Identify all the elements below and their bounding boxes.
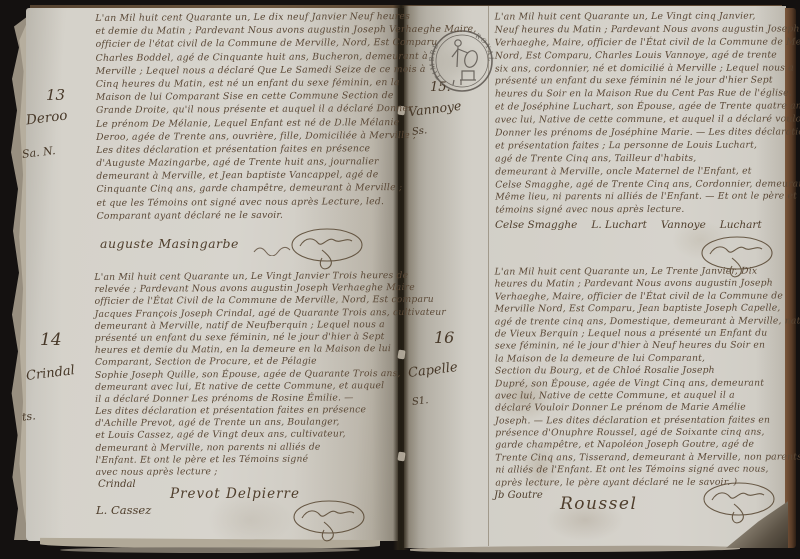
margin-entry-number-15: 15. xyxy=(430,80,451,95)
signature-roussel: Roussel xyxy=(560,494,637,514)
handwriting-line: Nord, Est Comparu, Charles Louis Vannoye… xyxy=(495,49,787,63)
signature-celse-smagghe: Celse Smagghe xyxy=(495,219,577,231)
handwriting-line: Section du Bourg, et de Chloé Rosalie Jo… xyxy=(495,365,787,378)
small-signature-scrawl xyxy=(252,244,292,256)
handwriting-line: agé de trente cinq ans, Domestique, deme… xyxy=(495,315,787,328)
margin-mark-14: ts. xyxy=(21,409,36,424)
stamp-figure-icon xyxy=(452,40,479,85)
handwriting-line: témoins signé avec nous après lecture. xyxy=(495,204,787,218)
signature-auguste-masingarbe: auguste Masingarbe xyxy=(100,236,239,251)
handwriting-line: Même lieu, ni parents ni alliés de l'Enf… xyxy=(495,191,787,205)
photo-background: TIMBRE ROYAL 13 Deroo Sa. N. 14 Crindal … xyxy=(0,0,800,559)
handwriting-line: Donner les prénoms de Joséphine Marie. —… xyxy=(495,127,787,141)
handwriting-line: et que les Témoins ont signé avec nous a… xyxy=(96,195,396,210)
handwriting-line: agé de Trente Cinq ans, Tailleur d'habit… xyxy=(495,152,787,166)
handwriting-line: Comparant ayant déclaré ne le savoir. xyxy=(97,208,397,223)
handwriting-line: déclaré Vouloir Donner Le prénom de Mari… xyxy=(495,402,787,415)
handwriting-line: de Vieux Berquin ; Lequel nous a présent… xyxy=(495,327,787,340)
handwriting-line: officier de l'état civil de la Commune d… xyxy=(96,36,396,51)
signature-row-entry-15: Celse Smagghe L. Luchart Vannoye Luchart xyxy=(495,219,762,231)
register-entry-16: L'an Mil huit cent Quarante un, Le Trent… xyxy=(495,265,788,489)
handwriting-line: Cinquante Cinq ans, garde champêtre, dem… xyxy=(96,182,396,197)
handwriting-line: sexe féminin, né le jour d'hier à Neuf h… xyxy=(495,340,787,353)
register-entry-13: L'an Mil huit cent Quarante un, Le dix n… xyxy=(95,10,396,223)
margin-mark-16: S1. xyxy=(411,395,429,408)
handwriting-line: Neuf heures du Matin ; Pardevant Nous av… xyxy=(495,23,787,37)
handwriting-line: heures et demie du Matin, en la demeure … xyxy=(95,343,395,357)
handwriting-line: avec lui, Native de cette commune, et au… xyxy=(495,114,787,128)
margin-entry-number-13: 13 xyxy=(46,86,65,104)
handwriting-line: Grande Droite, qu'il nous présente et au… xyxy=(96,102,396,117)
handwriting-line: avec nous après lecture ; xyxy=(96,465,396,479)
handwriting-line: Celse Smagghe, agé de Trente Cinq ans, C… xyxy=(495,178,787,192)
officer-paraph-flourish xyxy=(290,496,368,544)
handwriting-line: six ans, cordonnier, né et domicilié à M… xyxy=(495,62,787,76)
signature-prevot-delpierre: Prevot Delpierre xyxy=(170,486,300,502)
signature-vannoye: Vannoye xyxy=(661,219,706,231)
handwriting-line: Joseph. — Les dites déclaration et prése… xyxy=(495,414,787,427)
handwriting-line: présence d'Onuphre Roussel, agé de Soixa… xyxy=(495,427,787,440)
handwriting-line: L'an Mil huit cent Quarante un, Le Vingt… xyxy=(495,10,787,24)
handwriting-line: garde champêtre, et Napoléon Joseph Gout… xyxy=(495,439,787,452)
binding-stitch xyxy=(397,350,405,360)
handwriting-line: Dupré, son Épouse, agée de Vingt Cinq an… xyxy=(495,377,787,390)
signature-jb-goutre: Jb Goutre xyxy=(494,490,543,501)
signature-l-luchart: L. Luchart xyxy=(591,219,647,231)
handwriting-line: Verhaeghe, Maire, officier de l'État civ… xyxy=(495,36,787,50)
signature-l-cassez: L. Cassez xyxy=(96,503,151,517)
handwriting-line: demeurant à Merville, oncle Maternel de … xyxy=(495,165,787,179)
handwriting-line: présenté un enfant du sexe féminin né le… xyxy=(495,75,787,89)
handwriting-line: Les dites déclaration et présentation fa… xyxy=(95,404,395,418)
handwriting-line: Trente Cinq ans, Tisserand, demeurant à … xyxy=(495,451,787,464)
register-entry-14: L'an Mil huit cent Quarante un, Le Vingt… xyxy=(94,270,395,479)
handwriting-line: L'an Mil huit cent Quarante un, Le Trent… xyxy=(495,265,787,278)
margin-entry-number-14: 14 xyxy=(40,330,62,350)
bottom-page-edges-left-2 xyxy=(60,547,360,553)
handwriting-line: ni alliés de l'Enfant. Et ont les Témoin… xyxy=(495,464,787,477)
handwriting-line: Verhaeghe, Maire, officier de l'État civ… xyxy=(495,290,787,303)
binding-stitch xyxy=(397,452,405,462)
signature-luchart: Luchart xyxy=(720,219,762,231)
handwriting-line: Merville Nord, Est Comparu, Jean baptist… xyxy=(495,303,787,316)
register-entry-15: L'an Mil huit cent Quarante un, Le Vingt… xyxy=(495,10,788,217)
margin-entry-number-16: 16 xyxy=(434,328,454,347)
handwriting-line: avec lui, Native de cette Commune, et au… xyxy=(495,389,787,402)
handwriting-line: heures du Matin ; Pardevant Nous avons a… xyxy=(495,278,787,291)
handwriting-line: et présentation faites ; La personne de … xyxy=(495,139,787,153)
bottom-page-edges-right xyxy=(410,545,740,553)
officer-paraph-flourish xyxy=(288,224,366,272)
handwriting-line: et de Joséphine Luchart, son Épouse, agé… xyxy=(495,101,787,115)
signature-crindal: Crindal xyxy=(98,479,136,490)
handwriting-line: la Maison de la demeure de lui Comparant… xyxy=(495,352,787,365)
